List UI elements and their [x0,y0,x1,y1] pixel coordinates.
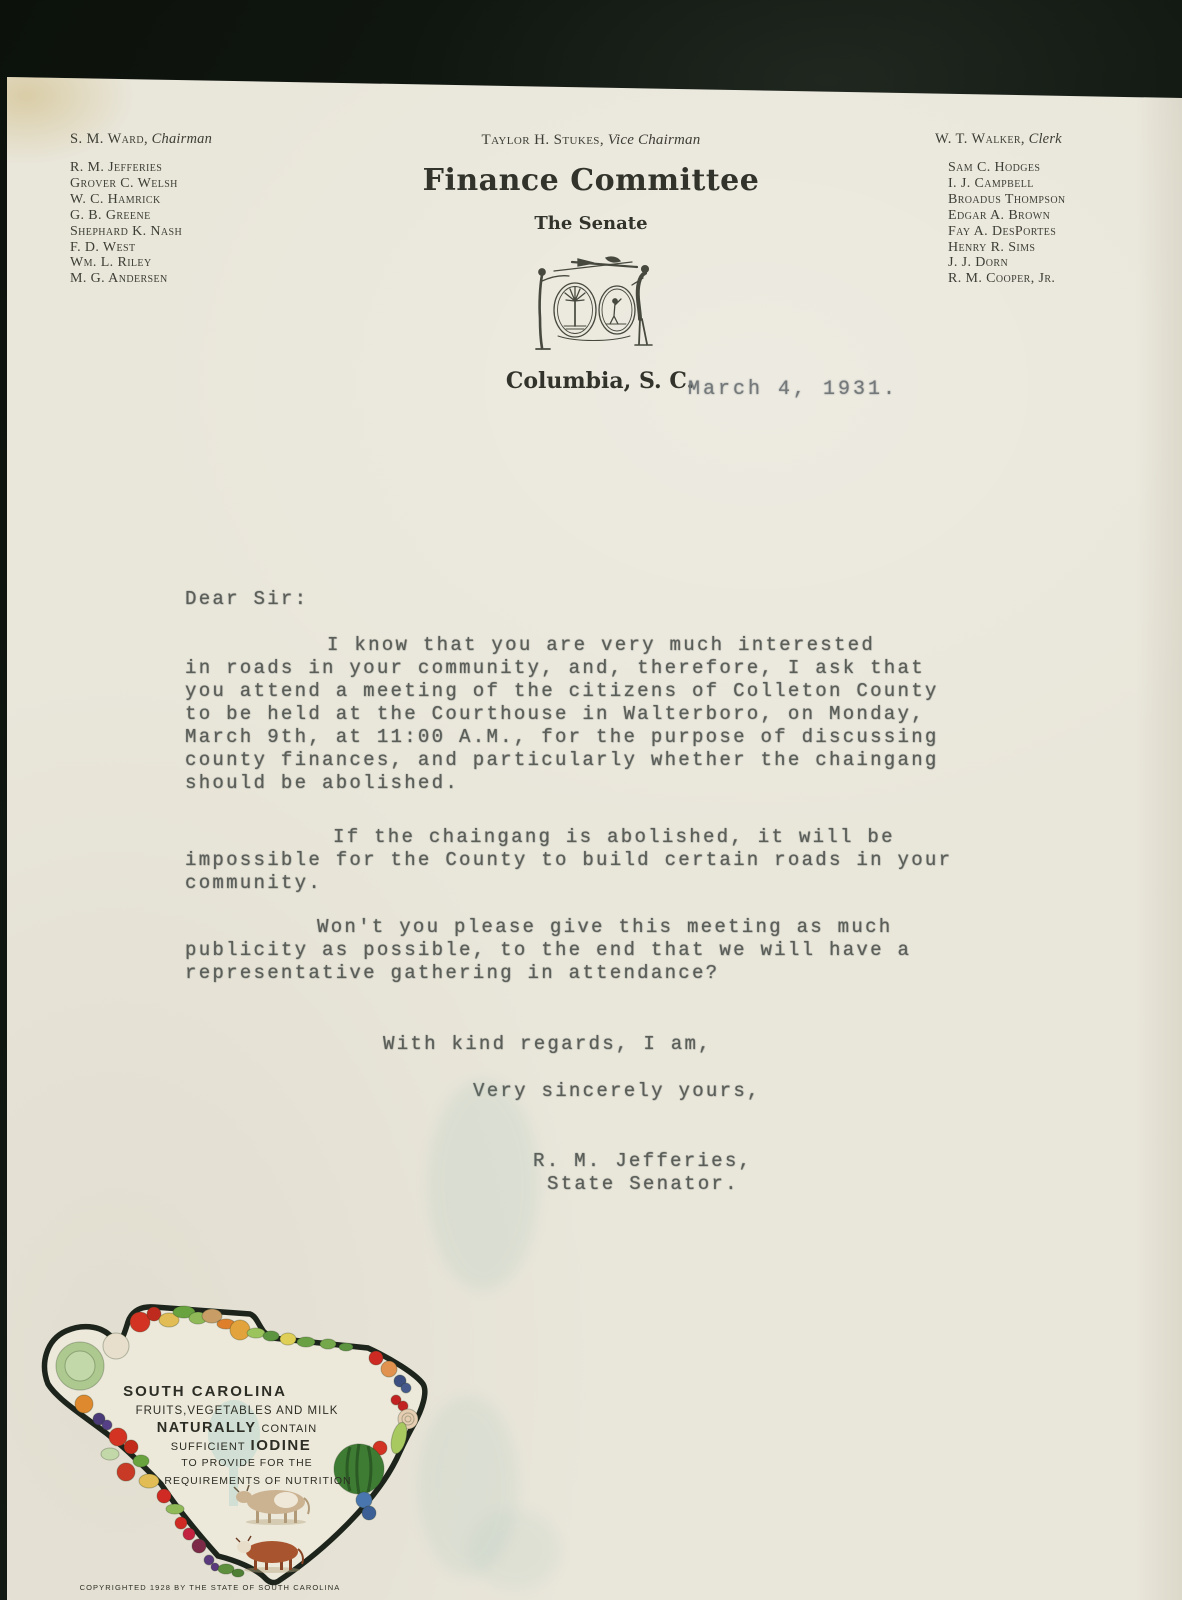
paragraph-2: If the chaingang is abolished, it will b… [185,826,952,895]
member-name: Fay A. DesPortes [948,224,1066,240]
vice-chairman-name: Taylor H. Stukes, [482,132,604,148]
member-list-left: R. M. Jefferies Grover C. Welsh W. C. Ha… [70,160,212,287]
logo-line-3: NATURALLYCONTAIN [157,1420,317,1436]
typed-line: March 9th, at 11:00 A.M., for the purpos… [185,726,939,749]
chairman-name: S. M. Ward, [70,131,148,147]
typed-date: March 4, 1931. [688,378,898,401]
committee-officers-left: S. M. Ward, Chairman R. M. Jefferies Gro… [70,131,212,287]
south-carolina-state-seal-icon [518,254,668,360]
typed-line: county finances, and particularly whethe… [185,749,939,772]
scanned-letter-photo: S. M. Ward, Chairman R. M. Jefferies Gro… [0,0,1182,1600]
member-name: R. M. Jefferies [70,160,212,176]
paragraph-3: Won't you please give this meeting as mu… [185,916,911,985]
closing-sincerely: Very sincerely yours, [473,1080,761,1103]
member-name: J. J. Dorn [948,255,1066,271]
member-list-right: Sam C. Hodges I. J. Campbell Broadus Tho… [948,160,1066,287]
logo-line-6: REQUIREMENTS OF NUTRITION [164,1475,351,1487]
typed-line: to be held at the Courthouse in Walterbo… [185,703,939,726]
ink-showthrough-stain [470,1510,560,1590]
typed-line: Won't you please give this meeting as mu… [185,916,911,939]
member-name: Edgar A. Brown [948,208,1066,224]
logo-copyright: COPYRIGHTED 1928 BY THE STATE OF SOUTH C… [80,1583,341,1592]
member-name: G. B. Greene [70,208,212,224]
seal-leaves [606,257,620,262]
signature-title: State Senator. [533,1173,752,1196]
typed-line: in roads in your community, and, therefo… [185,657,939,680]
paragraph-1: I know that you are very much interested… [185,634,939,795]
letter-paper: S. M. Ward, Chairman R. M. Jefferies Gro… [0,0,1182,1600]
logo-line-2: FRUITS,VEGETABLES AND MILK [136,1405,339,1417]
member-name: Sam C. Hodges [948,160,1066,176]
member-name: Broadus Thompson [948,192,1066,208]
typed-line: publicity as possible, to the end that w… [185,939,911,962]
ink-showthrough-stain [428,1080,538,1290]
signature-block: R. M. Jefferies, State Senator. [533,1150,752,1196]
clerk-title: Clerk [1029,131,1062,147]
member-name: W. C. Hamrick [70,192,212,208]
vice-chairman-line: Taylor H. Stukes, Vice Chairman [406,131,776,149]
member-name: R. M. Cooper, Jr. [948,271,1066,287]
vice-chairman-title: Vice Chairman [608,132,701,148]
member-name: Henry R. Sims [948,240,1066,256]
typed-line: representative gathering in attendance? [185,962,911,985]
member-name: Shephard K. Nash [70,224,212,240]
clerk-line: W. T. Walker, Clerk [935,131,1066,148]
closing-regards: With kind regards, I am, [383,1033,712,1056]
seal-flag [578,259,594,266]
chamber-title: The Senate [406,213,776,234]
typed-line: If the chaingang is abolished, it will b… [185,826,952,849]
logo-line-5: TO PROVIDE FOR THE [181,1457,312,1469]
chairman-title: Chairman [152,131,212,147]
member-name: F. D. West [70,240,212,256]
typed-line: I know that you are very much interested [185,634,939,657]
city-line: Columbia, S. C. [500,368,700,394]
member-name: I. J. Campbell [948,176,1066,192]
typed-line: community. [185,872,952,895]
clerk-name: W. T. Walker, [935,131,1025,147]
logo-title: SOUTH CAROLINA [123,1383,287,1400]
committee-officers-right: W. T. Walker, Clerk Sam C. Hodges I. J. … [935,131,1066,287]
salutation: Dear Sir: [185,588,308,611]
member-name: M. G. Andersen [70,271,212,287]
committee-title: Finance Committee [406,163,776,198]
chairman-line: S. M. Ward, Chairman [70,131,212,148]
typed-line: should be abolished. [185,772,939,795]
member-name: Grover C. Welsh [70,176,212,192]
typed-line: you attend a meeting of the citizens of … [185,680,939,703]
typed-line: impossible for the County to build certa… [185,849,952,872]
signature-name: R. M. Jefferies, [533,1150,752,1173]
south-carolina-iodine-logo: SOUTH CAROLINA FRUITS,VEGETABLES AND MIL… [28,1276,440,1598]
member-name: Wm. L. Riley [70,255,212,271]
